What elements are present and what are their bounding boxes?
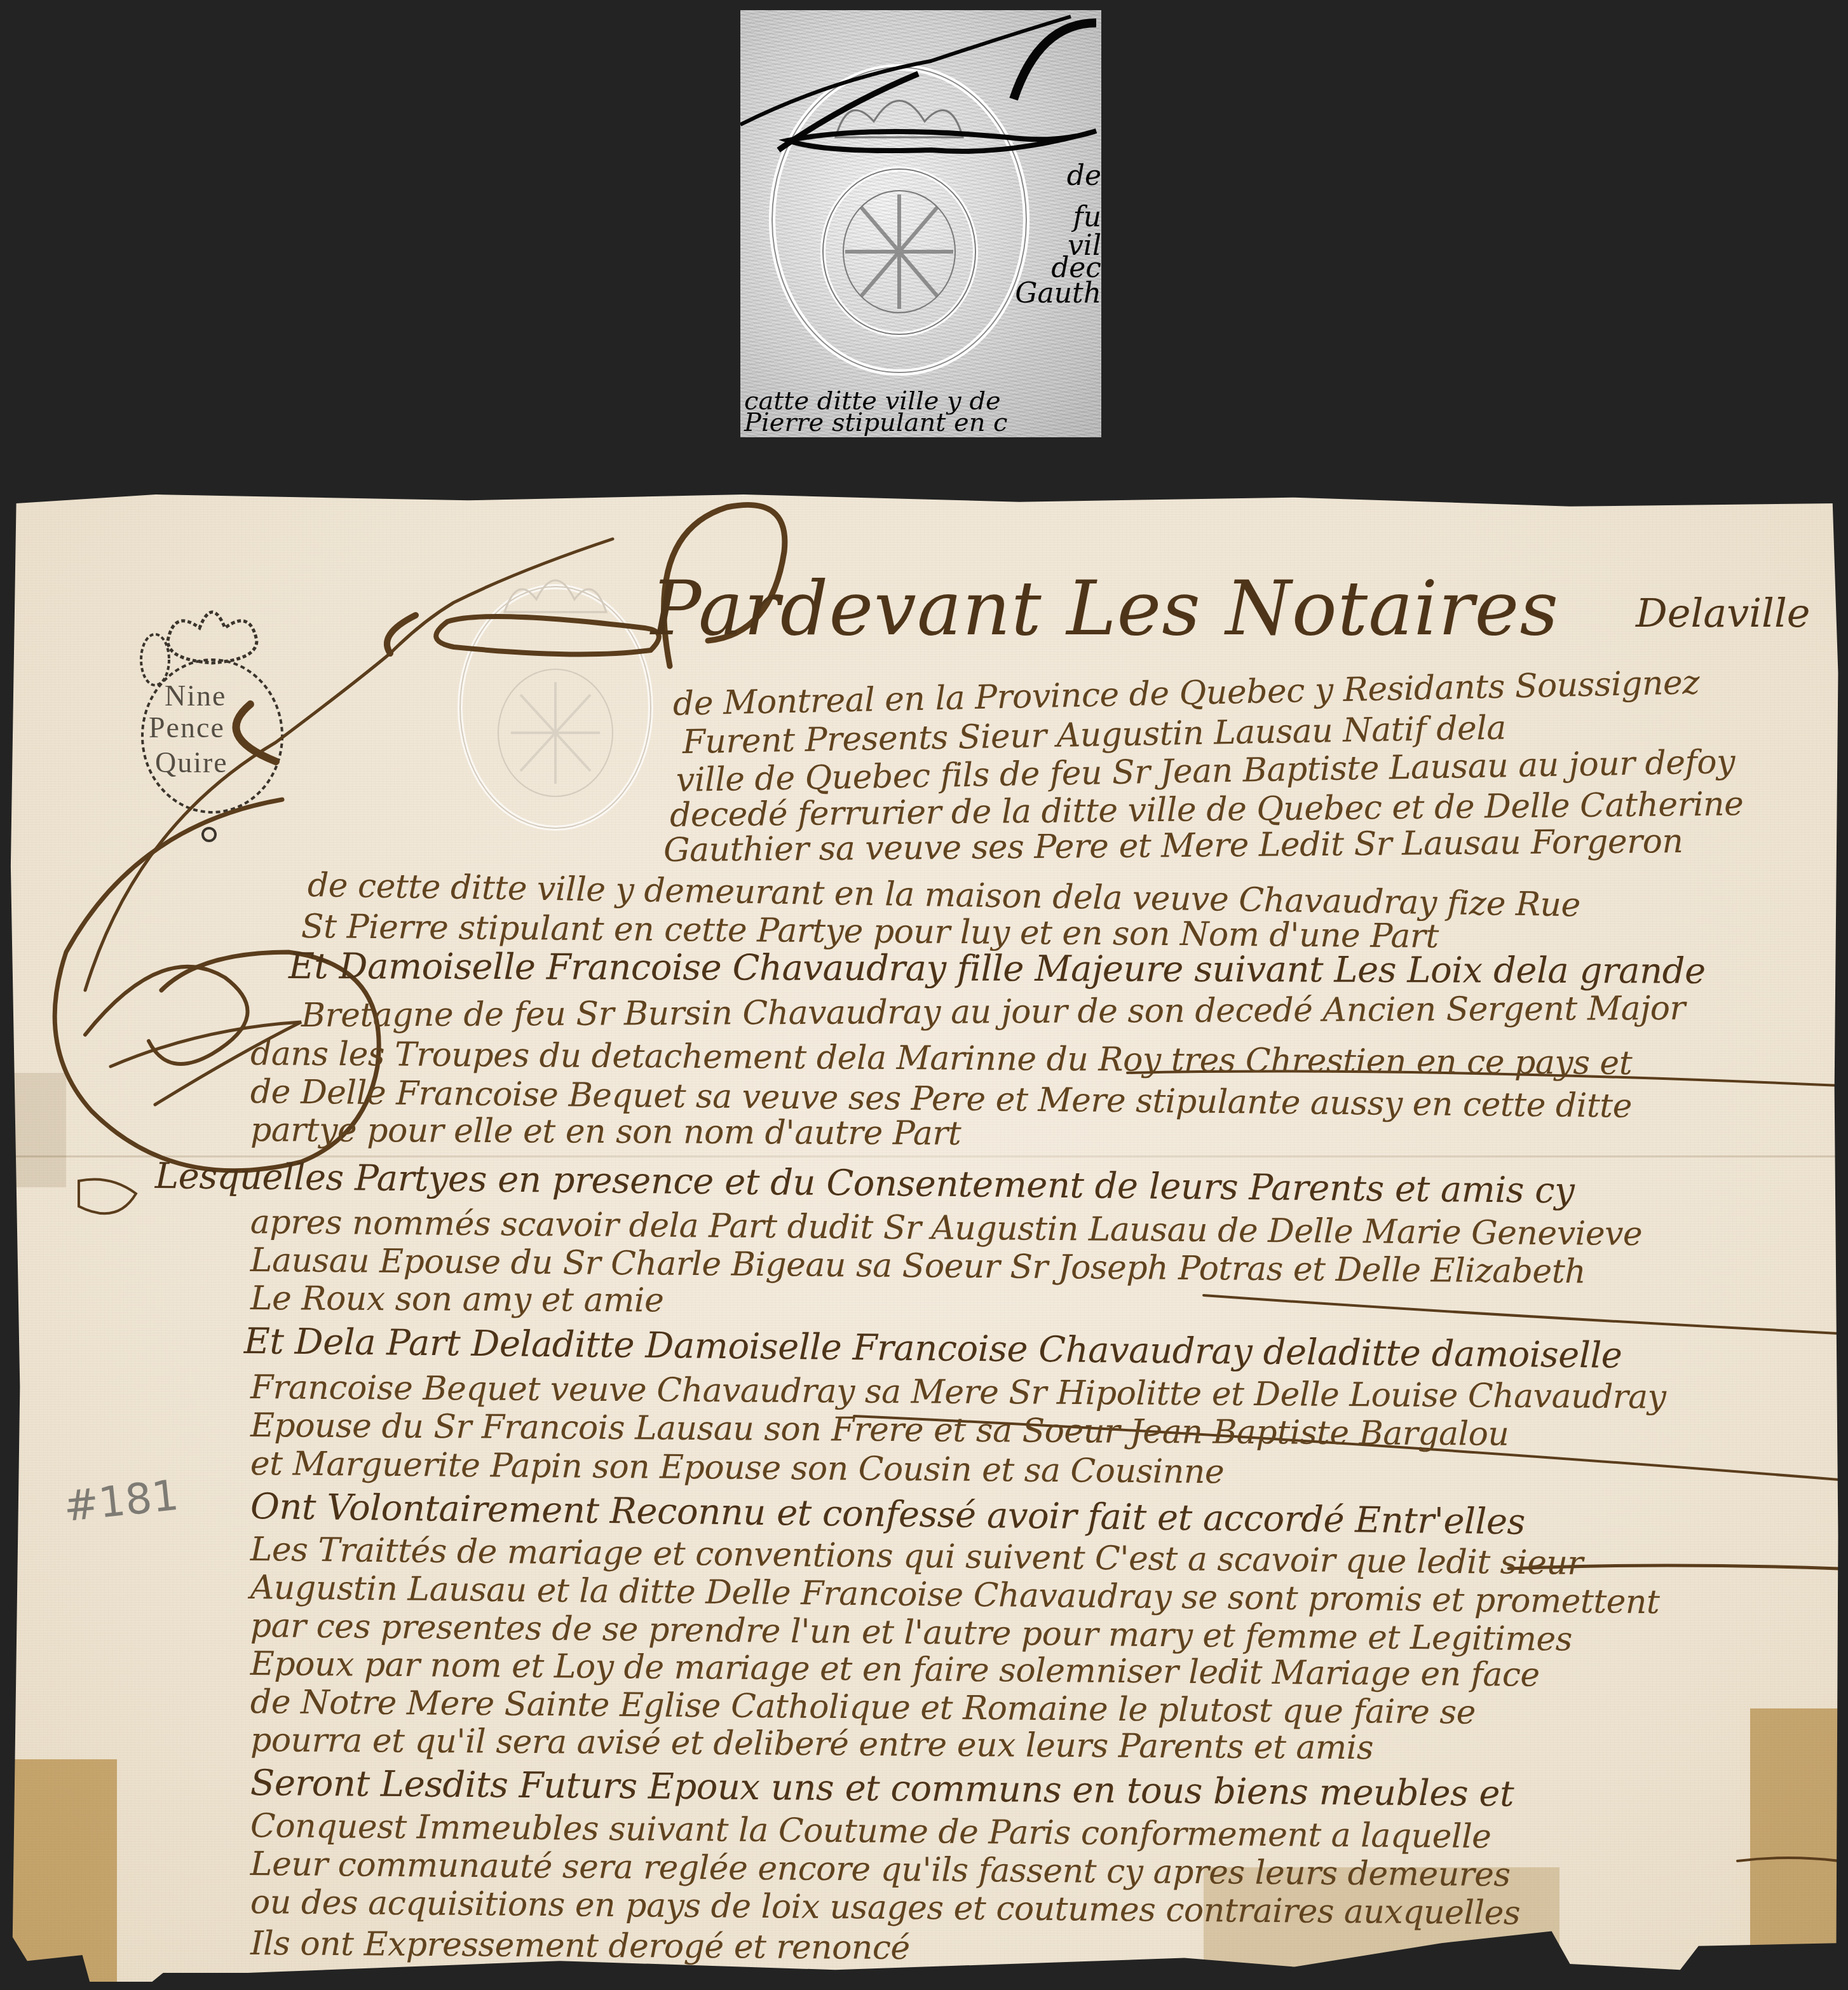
text-line: Bretagne de feu Sr Bursin Chavaudray au … (301, 990, 1685, 1035)
inset-text-line: Pierre stipulant en c (744, 408, 1008, 437)
embossed-seal-inset: de fu vil dec Gauth catte ditte ville y … (740, 10, 1101, 437)
inset-side-word: fu (1073, 201, 1101, 233)
stamp-text-nine: Nine (165, 679, 226, 712)
inset-side-word: de (1067, 160, 1101, 192)
tape-stain-left (9, 1759, 117, 1982)
nine-pence-stamp: Nine Pence Quire (130, 590, 295, 844)
inset-side-word: Gauth (1015, 277, 1101, 310)
stamp-text-quire: Quire (155, 746, 228, 779)
text-line: Le Roux son amy et amie (250, 1279, 664, 1319)
document-title: Pardevant Les Notaires (651, 564, 1559, 652)
embossed-seal-icon (740, 10, 1101, 437)
title-continuation: Delaville (1636, 590, 1810, 636)
text-line: Ils ont Expressement derogé et renoncé (250, 1925, 910, 1967)
stamp-text-pence: Pence (149, 711, 225, 744)
text-line: Et Damoiselle Francoise Chavaudray fille… (289, 946, 1706, 992)
notarial-manuscript: Nine Pence Quire #181 Pardevant Le (9, 494, 1845, 1982)
paper-repair (9, 1073, 66, 1187)
text-line: pourra et qu'il sera avisé et deliberé e… (250, 1721, 1373, 1767)
text-line: partye pour elle et en son nom d'autre P… (250, 1111, 961, 1153)
tape-stain-right (1750, 1708, 1845, 1975)
